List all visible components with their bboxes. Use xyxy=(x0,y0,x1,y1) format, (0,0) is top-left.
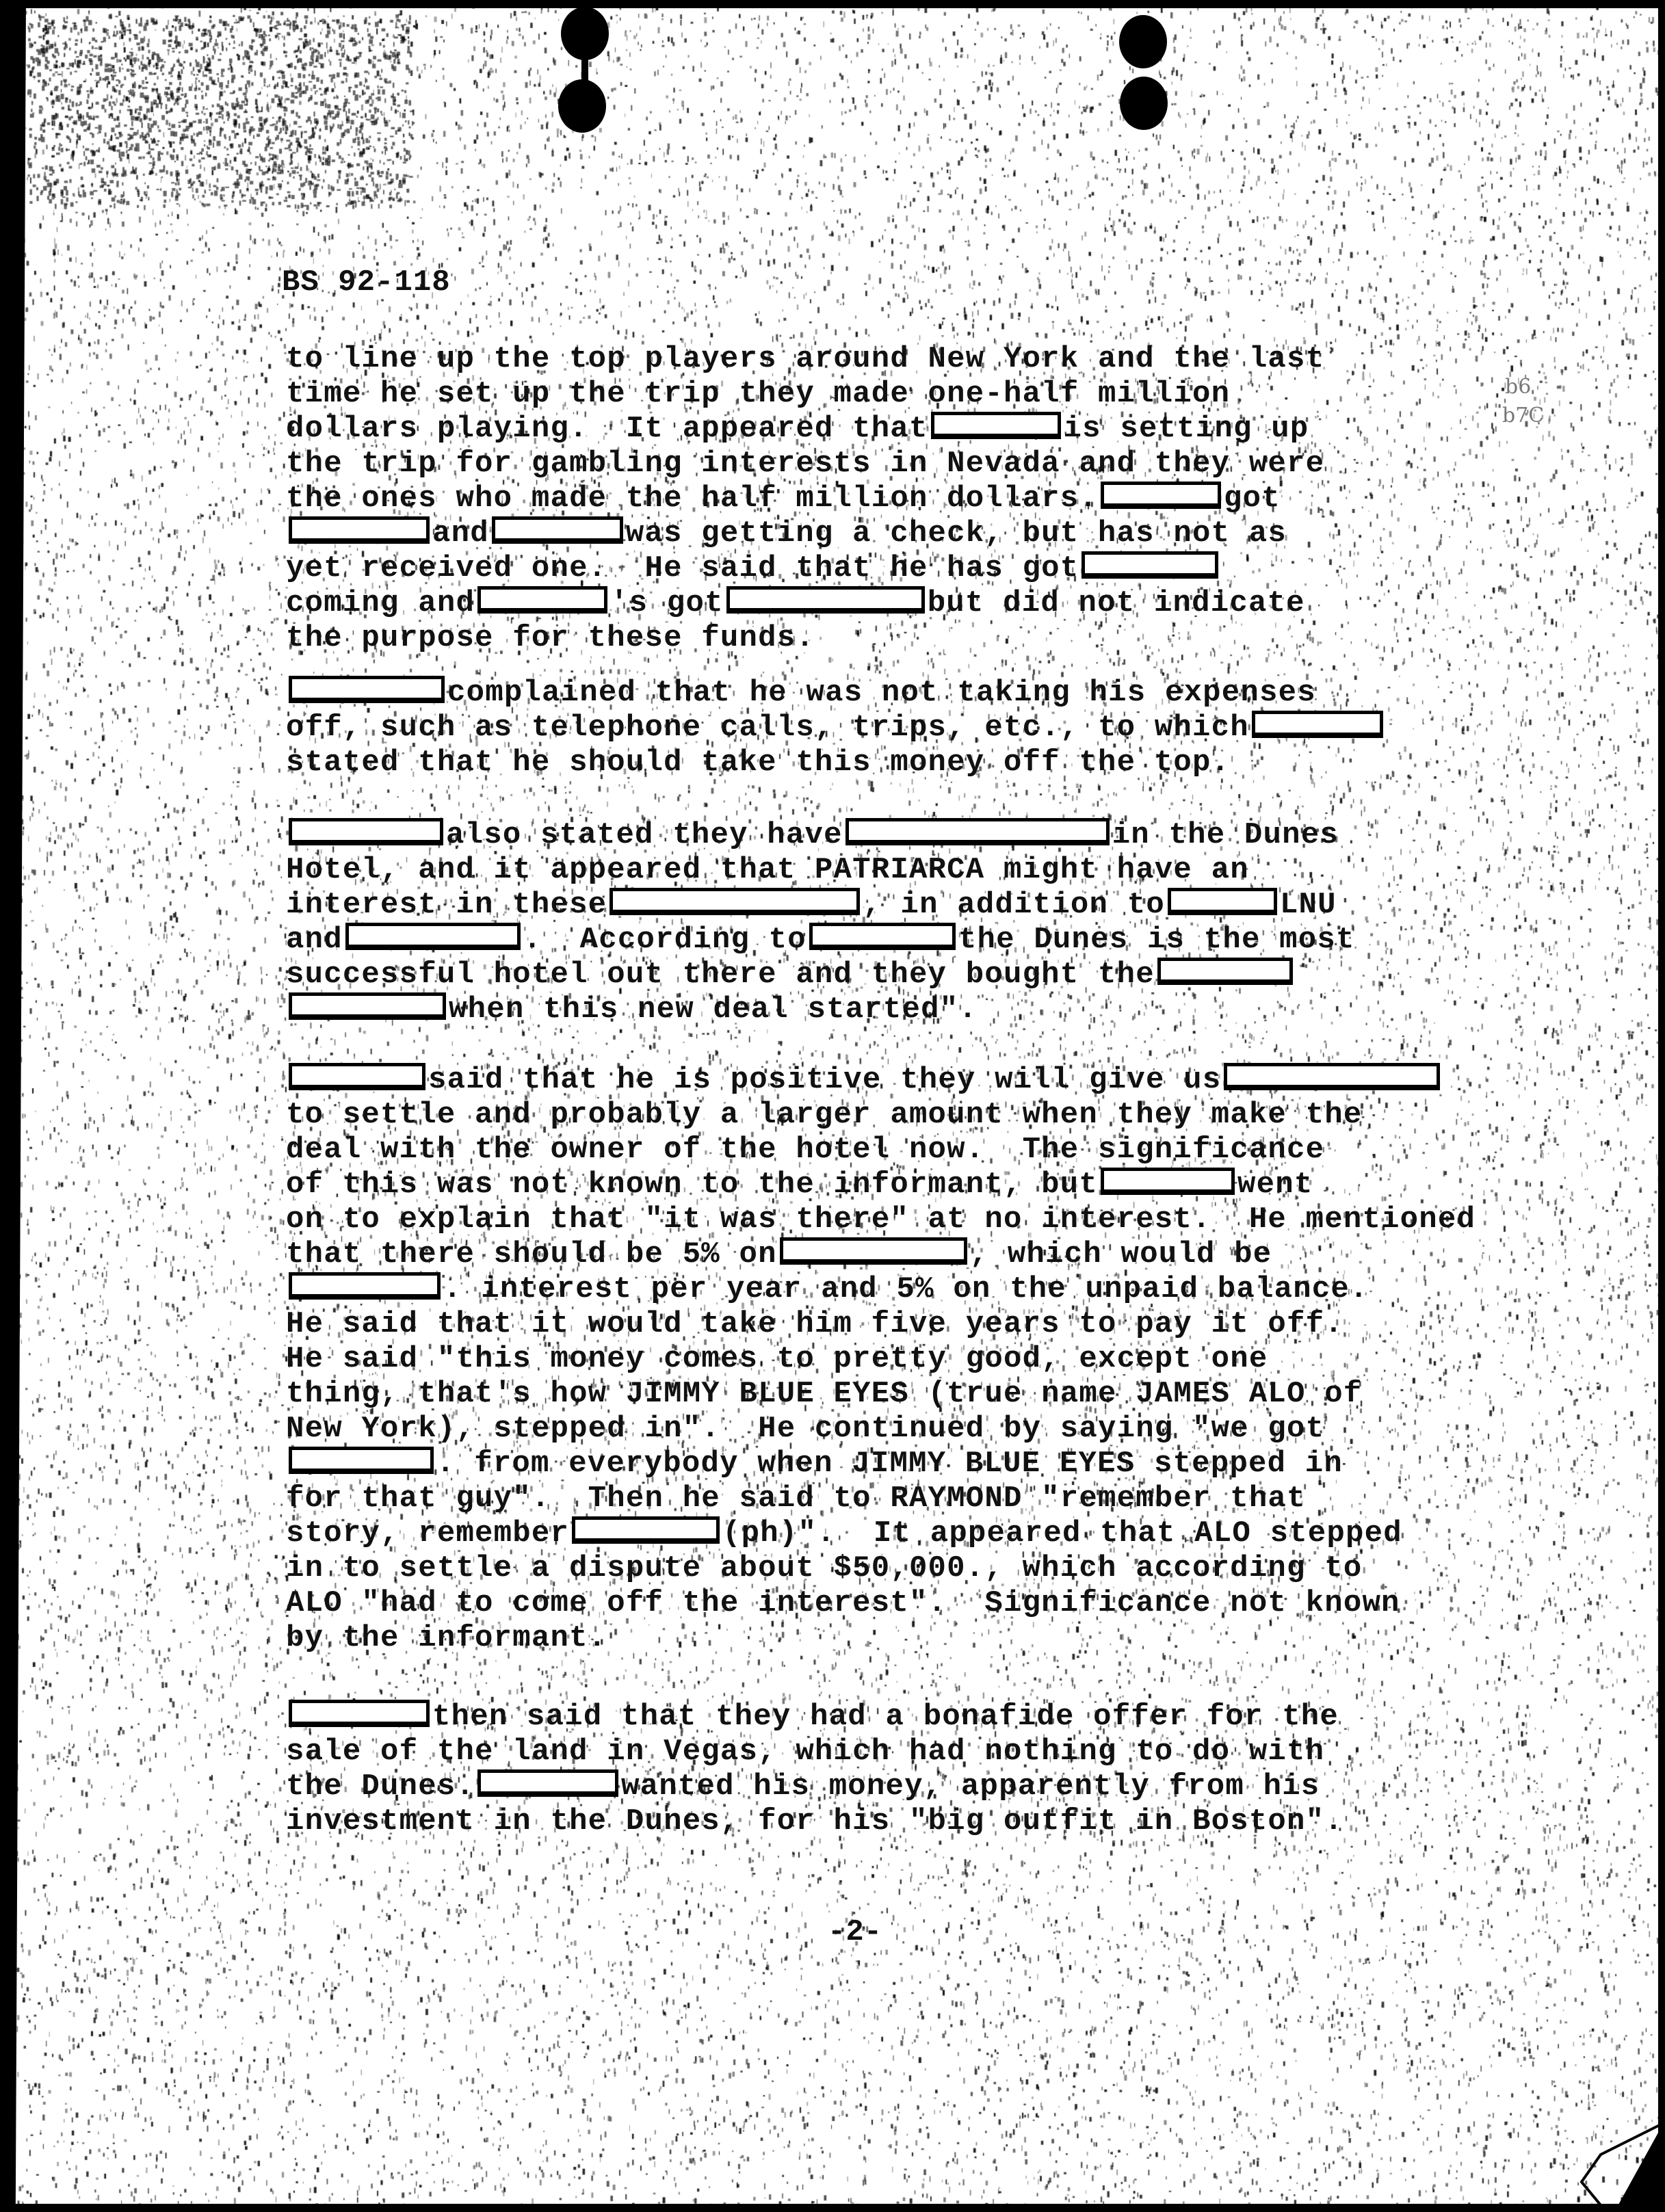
text-line: sale of the land in Vegas, which had not… xyxy=(286,1735,1324,1769)
text-segment: then said that they had a bonafide offer… xyxy=(432,1700,1339,1734)
punch-hole xyxy=(1119,15,1167,68)
text-segment: in to settle a dispute about $50,000., w… xyxy=(286,1551,1362,1585)
text-segment: of this was not known to the informant, … xyxy=(286,1168,1098,1202)
redaction-box xyxy=(492,516,623,544)
text-segment: and xyxy=(286,923,343,957)
text-line: to settle and probably a larger amount w… xyxy=(286,1098,1362,1132)
text-segment: Hotel, and it appeared that PATRIARCA mi… xyxy=(286,853,1249,887)
redaction-box xyxy=(1101,482,1221,509)
redaction-box xyxy=(809,923,956,950)
text-line: the ones who made the half million dolla… xyxy=(286,482,1281,516)
text-segment: the Dunes. xyxy=(286,1769,475,1804)
redaction-box xyxy=(289,1272,441,1300)
text-segment: when this new deal started". xyxy=(449,992,978,1027)
text-line: also stated they havein the Dunes xyxy=(286,818,1339,852)
redaction-box xyxy=(572,1516,720,1544)
text-segment: to settle and probably a larger amount w… xyxy=(286,1098,1362,1132)
text-segment: the Dunes is the most xyxy=(958,923,1355,957)
exemption-code: b7C xyxy=(1502,404,1544,427)
text-line: New York), stepped in". He continued by … xyxy=(286,1412,1324,1446)
redaction-box xyxy=(289,992,446,1020)
text-line: that there should be 5% on, which would … xyxy=(286,1237,1272,1272)
text-segment: that there should be 5% on xyxy=(286,1237,777,1272)
text-line: to line up the top players around New Yo… xyxy=(286,342,1324,376)
text-line: then said that they had a bonafide offer… xyxy=(286,1700,1339,1734)
text-line: stated that he should take this money of… xyxy=(286,746,1230,780)
redaction-box xyxy=(289,1447,434,1474)
text-line: the Dunes.wanted his money, apparently f… xyxy=(286,1769,1320,1804)
text-segment: is setting up xyxy=(1064,412,1309,446)
redaction-box xyxy=(289,1063,425,1090)
text-segment: investment in the Dunes, for his "big ou… xyxy=(286,1804,1343,1839)
redaction-box xyxy=(289,1700,430,1727)
text-line: for that guy". Then he said to RAYMOND "… xyxy=(286,1482,1306,1516)
redaction-box xyxy=(477,1769,618,1797)
text-segment: thing, that's how JIMMY BLUE EYES (true … xyxy=(286,1377,1362,1411)
text-line: deal with the owner of the hotel now. Th… xyxy=(286,1133,1324,1167)
redaction-box xyxy=(1081,551,1218,579)
text-line: story, remember(ph)". It appeared that A… xyxy=(286,1516,1402,1551)
text-segment: by the informant. xyxy=(286,1621,607,1655)
redaction-box xyxy=(1101,1168,1235,1195)
text-segment: . According to xyxy=(523,923,807,957)
text-segment: on to explain that "it was there" at no … xyxy=(286,1202,1476,1237)
text-line: dollars playing. It appeared thatis sett… xyxy=(286,412,1309,446)
folded-corner xyxy=(1573,2107,1665,2212)
punch-hole xyxy=(561,7,609,60)
text-segment: sale of the land in Vegas, which had not… xyxy=(286,1735,1324,1769)
file-number-header: BS 92-118 xyxy=(282,265,451,300)
text-line: thing, that's how JIMMY BLUE EYES (true … xyxy=(286,1377,1362,1411)
text-line: . interest per year and 5% on the unpaid… xyxy=(286,1272,1369,1306)
text-line: He said "this money comes to pretty good… xyxy=(286,1342,1268,1376)
text-line: interest in these, in addition toLNU xyxy=(286,888,1337,922)
text-segment: the purpose for these funds. xyxy=(286,621,815,655)
text-segment: deal with the owner of the hotel now. Th… xyxy=(286,1133,1324,1167)
text-line: successful hotel out there and they boug… xyxy=(286,958,1296,992)
punch-hole-link xyxy=(581,55,588,82)
text-line: Hotel, and it appeared that PATRIARCA mi… xyxy=(286,853,1249,887)
redaction-box xyxy=(780,1237,967,1265)
text-line: when this new deal started". xyxy=(286,992,978,1027)
text-line: time he set up the trip they made one-ha… xyxy=(286,377,1230,411)
text-segment: was getting a check, but has not as xyxy=(626,516,1287,551)
text-segment: He said that it would take him five year… xyxy=(286,1307,1343,1341)
text-segment: successful hotel out there and they boug… xyxy=(286,958,1155,992)
redaction-box xyxy=(289,676,445,703)
redaction-box xyxy=(609,888,860,915)
text-line: in to settle a dispute about $50,000., w… xyxy=(286,1551,1362,1585)
text-segment: went xyxy=(1237,1168,1313,1202)
exemption-code: b6 xyxy=(1505,375,1531,399)
text-line: and. According tothe Dunes is the most xyxy=(286,923,1355,957)
text-segment: He said "this money comes to pretty good… xyxy=(286,1342,1268,1376)
text-segment: . interest per year and 5% on the unpaid… xyxy=(443,1272,1369,1306)
text-segment: the trip for gambling interests in Nevad… xyxy=(286,447,1324,481)
text-segment: stated that he should take this money of… xyxy=(286,746,1230,780)
text-segment: but did not indicate xyxy=(928,586,1305,620)
scan-border-right xyxy=(1658,0,1665,2212)
text-segment: New York), stepped in". He continued by … xyxy=(286,1412,1324,1446)
text-line: He said that it would take him five year… xyxy=(286,1307,1343,1341)
text-segment: dollars playing. It appeared that xyxy=(286,412,928,446)
redaction-box xyxy=(1168,888,1277,915)
text-segment: in the Dunes xyxy=(1112,818,1339,852)
text-segment: , in addition to xyxy=(863,888,1165,922)
text-segment: (ph)". It appeared that ALO stepped xyxy=(722,1516,1402,1551)
text-line: complained that he was not taking his ex… xyxy=(286,676,1316,710)
text-line: ALO "had to come off the interest". Sign… xyxy=(286,1586,1400,1620)
text-segment: story, remember xyxy=(286,1516,569,1551)
text-segment: said that he is positive they will give … xyxy=(428,1063,1221,1097)
page-number: -2- xyxy=(828,1915,882,1949)
text-segment: interest in these xyxy=(286,888,607,922)
text-segment: to line up the top players around New Yo… xyxy=(286,342,1324,376)
text-segment: off, such as telephone calls, trips, etc… xyxy=(286,711,1249,745)
text-segment: the ones who made the half million dolla… xyxy=(286,482,1098,516)
text-segment: LNU xyxy=(1280,888,1337,922)
text-segment: 's got xyxy=(610,586,724,620)
redaction-box xyxy=(931,412,1061,439)
redaction-box xyxy=(289,818,443,845)
redaction-box xyxy=(1224,1063,1440,1090)
scan-border-left xyxy=(0,0,26,2212)
text-line: said that he is positive they will give … xyxy=(286,1063,1443,1097)
text-line: off, such as telephone calls, trips, etc… xyxy=(286,711,1386,745)
redaction-box xyxy=(345,923,521,950)
text-segment: yet received one. He said that he has go… xyxy=(286,551,1079,585)
text-line: investment in the Dunes, for his "big ou… xyxy=(286,1804,1343,1839)
redaction-box xyxy=(1157,958,1293,985)
text-segment: and xyxy=(432,516,489,551)
redaction-box xyxy=(477,586,607,614)
text-line: on to explain that "it was there" at no … xyxy=(286,1202,1476,1237)
text-line: . from everybody when JIMMY BLUE EYES st… xyxy=(286,1447,1343,1481)
text-line: yet received one. He said that he has go… xyxy=(286,551,1221,585)
text-segment: time he set up the trip they made one-ha… xyxy=(286,377,1230,411)
redaction-box xyxy=(289,516,430,544)
punch-hole xyxy=(1120,77,1168,130)
text-line: coming and's gotbut did not indicate xyxy=(286,586,1305,620)
scan-border-top xyxy=(0,0,1665,8)
scan-border-bottom xyxy=(0,2204,1665,2212)
text-segment: , which would be xyxy=(970,1237,1272,1272)
redaction-box xyxy=(726,586,925,614)
redaction-box xyxy=(1252,711,1383,738)
text-segment: got xyxy=(1224,482,1281,516)
text-segment: . from everybody when JIMMY BLUE EYES st… xyxy=(436,1447,1343,1481)
text-line: andwas getting a check, but has not as xyxy=(286,516,1287,551)
text-segment: for that guy". Then he said to RAYMOND "… xyxy=(286,1482,1306,1516)
text-line: the trip for gambling interests in Nevad… xyxy=(286,447,1324,481)
punch-hole xyxy=(558,79,606,133)
text-segment: also stated they have xyxy=(446,818,843,852)
text-line: the purpose for these funds. xyxy=(286,621,815,655)
text-segment: ALO "had to come off the interest". Sign… xyxy=(286,1586,1400,1620)
text-segment: complained that he was not taking his ex… xyxy=(447,676,1316,710)
text-segment: wanted his money, apparently from his xyxy=(621,1769,1320,1804)
redaction-box xyxy=(845,818,1110,845)
text-segment: coming and xyxy=(286,586,475,620)
text-line: of this was not known to the informant, … xyxy=(286,1168,1313,1202)
text-line: by the informant. xyxy=(286,1621,607,1655)
